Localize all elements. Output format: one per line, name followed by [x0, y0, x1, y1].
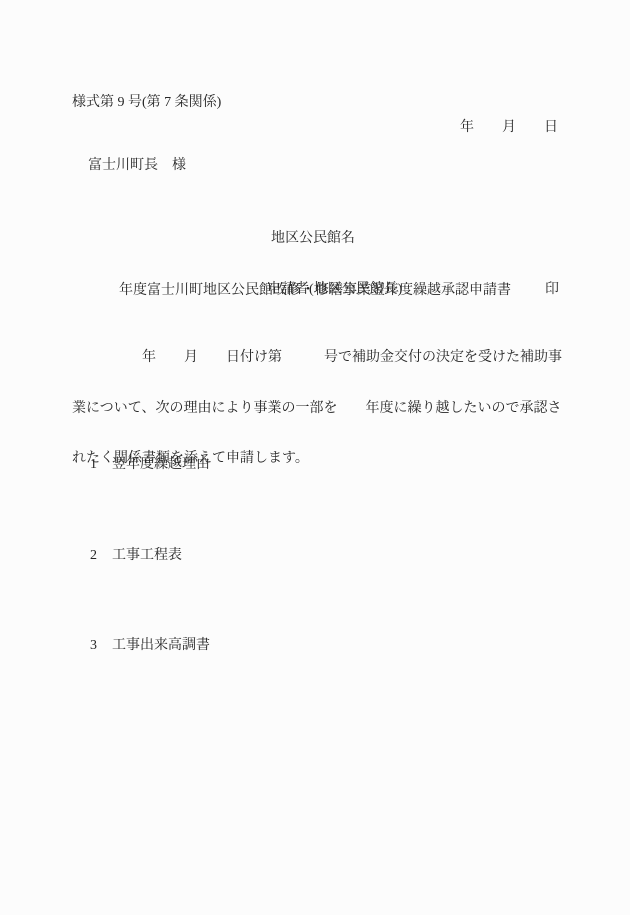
attachment-item-2: 2 工事工程表	[90, 549, 210, 563]
applicant-block: 地区公民館名 申請者(地区公民館長) 印	[267, 204, 559, 325]
attachment-label-2: 工事工程表	[112, 549, 182, 563]
attachment-item-3: 3 工事出来高調書	[90, 639, 210, 653]
body-line-1: 年 月 日付け第 号で補助金交付の決定を受けた補助事	[72, 351, 562, 374]
date-line: 年 月 日	[460, 121, 558, 135]
attachment-label-3: 工事出来高調書	[112, 639, 210, 653]
addressee-line: 富士川町長 様	[88, 159, 186, 173]
attachment-list: 1 翌年度繰越理由 2 工事工程表 3 工事出来高調書	[90, 430, 210, 730]
attachment-number-2: 2	[90, 549, 112, 563]
body-line-2: 業について、次の理由により事業の一部を 年度に繰り越したいので承認さ	[72, 402, 562, 425]
attachment-number-3: 3	[90, 639, 112, 653]
attachment-item-1: 1 翌年度繰越理由	[90, 458, 210, 472]
applicant-org-label: 地区公民館名	[271, 232, 559, 246]
attachment-number-1: 1	[90, 458, 112, 472]
attachment-label-1: 翌年度繰越理由	[112, 458, 210, 472]
form-number-label: 様式第 9 号(第 7 条関係)	[72, 96, 221, 110]
application-form-page: 様式第 9 号(第 7 条関係) 年 月 日 富士川町長 様 地区公民館名 申請…	[0, 0, 630, 915]
document-title: 年度富士川町地区公民館改修・修繕事業翌年度繰越承認申請書	[0, 284, 630, 298]
